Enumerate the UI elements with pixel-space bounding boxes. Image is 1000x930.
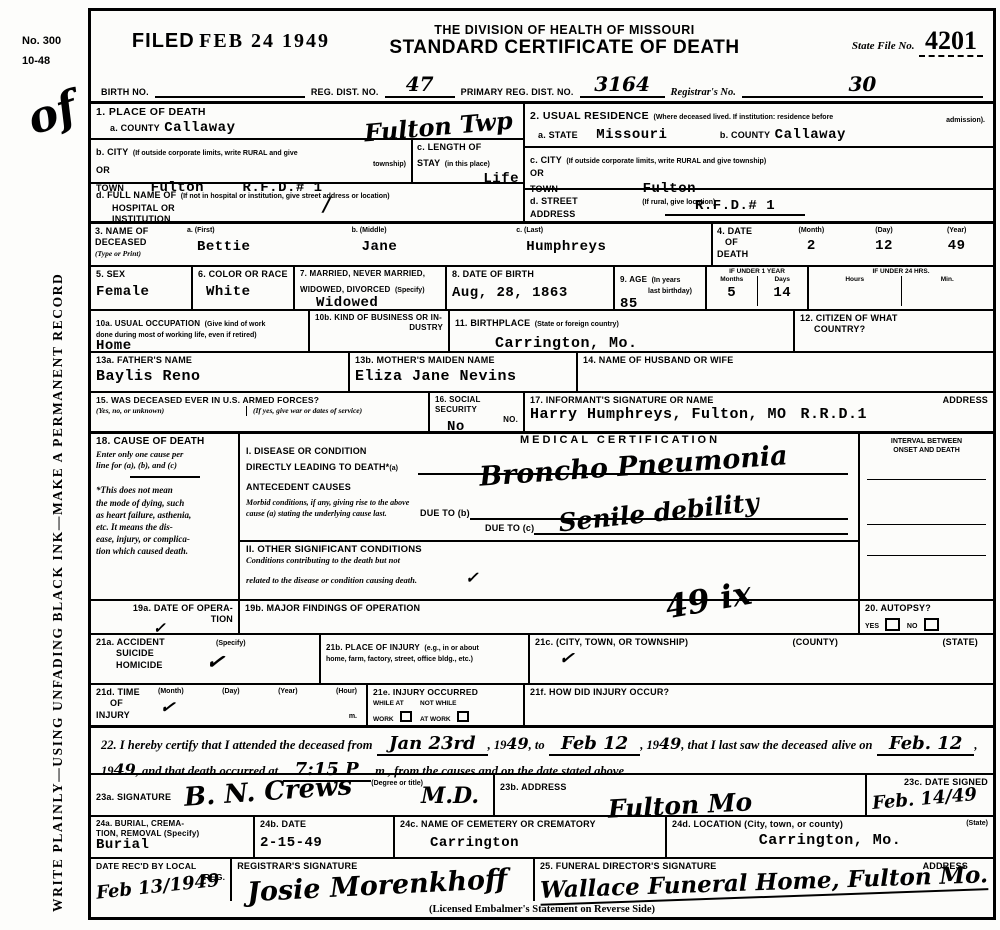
stats-row: 5. SEX Female 6. COLOR OR RACE White 7. … [91, 265, 993, 309]
place-of-injury-field: 21b. PLACE OF INJURY (e.g., in or about … [319, 635, 528, 683]
pod-city-label: b. CITY [96, 147, 128, 157]
physician-signature-field: 23a. SIGNATURE B. N. Crews (Degree or ti… [91, 775, 493, 815]
state-file-label: State File No. [852, 40, 915, 52]
autopsy-no-label: NO [907, 623, 918, 630]
res-street-field: d. STREET (If rural, give location) ADDR… [525, 190, 993, 221]
registrar-no-value: 30 [849, 72, 877, 96]
physician-signature-handwriting: B. N. Crews [183, 771, 353, 813]
time-of-injury-label3: INJURY [96, 710, 154, 721]
cod-label: 18. CAUSE OF DEATH [96, 436, 233, 449]
dod-day-value: 12 [850, 238, 919, 254]
res-street-value: R.F.D.# 1 [665, 198, 805, 216]
armed-row: 15. WAS DECEASED EVER IN U.S. ARMED FORC… [91, 391, 993, 431]
date-signed-field: 23c. DATE SIGNED Feb. 14/49 [865, 775, 993, 815]
autopsy-label: 20. AUTOPSY? [865, 603, 988, 614]
certification-statement: 22. I hereby certify that I attended the… [91, 725, 993, 773]
cod-footnote: *This does not mean the mode of dying, s… [96, 484, 233, 557]
age-label2: (In years [652, 277, 681, 284]
title-block: THE DIVISION OF HEALTH OF MISSOURI STAND… [371, 23, 758, 59]
dod-label3: DEATH [717, 249, 771, 260]
days-col: Days 14 [757, 276, 808, 306]
pod-hospital-label2: HOSPITAL OR [112, 203, 518, 214]
res-state-label: a. STATE [538, 130, 578, 140]
form-number-block: No. 300 10-48 [22, 32, 61, 72]
age-label3: last birthday) [648, 287, 700, 296]
signature-label: 23a. SIGNATURE [96, 792, 171, 802]
filed-stamp: FILED FEB 24 1949 [91, 30, 371, 53]
medical-certification-block: 18. CAUSE OF DEATH Enter only one cause … [91, 431, 993, 599]
accident-specify-note: (Specify) [216, 639, 246, 648]
pod-city-note: (If outside corporate limits, write RURA… [133, 150, 298, 157]
due-c-line: DUE TO (c) [240, 523, 858, 535]
informant-label: 17. INFORMANT'S SIGNATURE OR NAME [530, 395, 714, 406]
accident-field: 21a. ACCIDENT SUICIDE HOMICIDE (Specify)… [91, 635, 319, 683]
margin-vertical-instruction: WRITE PLAINLY—USING UNFADING BLACK INK—M… [50, 212, 66, 912]
disease-line: I. DISEASE OR CONDITION DIRECTLY LEADING… [240, 446, 858, 475]
autopsy-field: 20. AUTOPSY? YES NO [858, 601, 993, 633]
birth-no-label: BIRTH NO. [101, 87, 149, 98]
burial-location-label: 24d. LOCATION (City, town, or county) [672, 819, 843, 830]
citizen-label2: COUNTRY? [814, 324, 988, 335]
occupation-label: 10a. USUAL OCCUPATION [96, 319, 200, 328]
not-while-at-work-checkbox [457, 711, 469, 722]
certificate-form: FILED FEB 24 1949 THE DIVISION OF HEALTH… [88, 8, 996, 920]
res-county-label: b. COUNTY [720, 130, 770, 140]
injury-location-field: 21c. (CITY, TOWN, OR TOWNSHIP) (COUNTY) … [528, 635, 993, 683]
name-middle-label: b. (Middle) [352, 226, 513, 235]
under1-header: IF UNDER 1 YEAR [707, 267, 807, 276]
res-title: 2. USUAL RESIDENCE [530, 110, 649, 122]
how-injury-occurred-field: 21f. HOW DID INJURY OCCUR? [523, 685, 993, 725]
injury-day-label: (Day) [222, 687, 240, 696]
filed-word: FILED [132, 30, 195, 52]
due-c-label: DUE TO (c) [485, 523, 534, 534]
embalmer-footer: (Licensed Embalmer's Statement on Revers… [91, 901, 993, 917]
spouse-field: 14. NAME OF HUSBAND OR WIFE [576, 353, 993, 391]
injury-occurred-label: 21e. INJURY OCCURRED [373, 687, 518, 698]
dod-year-value: 49 [922, 238, 991, 254]
burial-location-field: 24d. LOCATION (City, town, or county) (S… [665, 817, 993, 857]
date-of-death-field: 4. DATE OF DEATH (Month) 2 (Day) 12 (Yea… [711, 224, 993, 265]
primary-reg-dist-label: PRIMARY REG. DIST. NO. [461, 87, 574, 98]
form-number: No. 300 [22, 32, 61, 52]
injury-city-label: 21c. (CITY, TOWN, OR TOWNSHIP) [535, 637, 688, 648]
pod-hospital-mark: / [323, 192, 330, 216]
days-value: 14 [758, 285, 808, 301]
cod-foot5: ease, injury, or complica- [96, 533, 233, 545]
race-label: 6. COLOR OR RACE [198, 269, 288, 280]
cod-instr2: line for (a), (b), and (c) [96, 460, 233, 471]
res-city-label: c. CITY [530, 155, 562, 165]
autopsy-yes-label: YES [865, 623, 879, 630]
autopsy-yes-checkbox [885, 618, 900, 631]
res-city-note: (If outside corporate limits, write RURA… [566, 158, 766, 165]
interval-line-b [867, 524, 985, 525]
cod-divider [130, 476, 200, 478]
place-of-death-section: 1. PLACE OF DEATH a. COUNTY Callaway Ful… [91, 104, 523, 221]
operation-date-label1: 19a. DATE OF OPERA- [96, 603, 233, 614]
burial-row: 24a. BURIAL, CREMA- TION, REMOVAL (Speci… [91, 815, 993, 857]
injury-year-label: (Year) [278, 687, 297, 696]
res-city-field: c. CITY (If outside corporate limits, wr… [525, 148, 993, 190]
degree-handwriting: M.D. [421, 783, 479, 809]
name-first-col: a. (First) Bettie [185, 224, 350, 265]
not-while-at-work-label2: AT WORK [420, 716, 451, 723]
pod-city-or: OR [96, 165, 110, 175]
under-one-year-group: IF UNDER 1 YEAR Months 5 Days 14 [705, 267, 807, 309]
cemetery-field: 24c. NAME OF CEMETERY OR CREMATORY Carri… [393, 817, 665, 857]
antecedent-note3: the underlying cause last. [302, 509, 386, 518]
name-middle-col: b. (Middle) Jane [350, 224, 515, 265]
business-label: 10b. KIND OF BUSINESS OR IN- [315, 313, 443, 323]
marital-note: (Specify) [395, 287, 425, 294]
name-label2: DECEASED [95, 237, 181, 248]
pod-hospital-note: (If not in hospital or institution, give… [181, 193, 390, 200]
name-last-value: Humphreys [526, 239, 709, 255]
injury-hour-label: (Hour) [336, 687, 357, 696]
pod-city-row: b. CITY (If outside corporate limits, wr… [91, 140, 523, 184]
cod-foot1: *This does not mean [96, 484, 233, 496]
cod-foot6: tion which caused death. [96, 545, 233, 557]
other-conditions-checkmark: ✓ [465, 568, 478, 587]
time-of-injury-label1: 21d. TIME [96, 687, 154, 698]
while-at-work-checkbox [400, 711, 412, 722]
father-label: 13a. FATHER'S NAME [96, 355, 343, 366]
injury-occurred-field: 21e. INJURY OCCURRED WHILE AT WORK NOT W… [366, 685, 523, 725]
injury-m-label: m. [349, 712, 357, 721]
injury-row-1: 21a. ACCIDENT SUICIDE HOMICIDE (Specify)… [91, 633, 993, 683]
name-first-label: a. (First) [187, 226, 348, 235]
reg-dist-value: 47 [406, 72, 434, 96]
months-col: Months 5 [707, 276, 757, 306]
accident-label3: HOMICIDE [116, 660, 186, 671]
father-field: 13a. FATHER'S NAME Baylis Reno [91, 353, 348, 391]
cod-foot4: etc. It means the dis- [96, 521, 233, 533]
not-while-at-work-label1: NOT WHILE [420, 700, 471, 708]
physician-address-field: 23b. ADDRESS Fulton Mo [493, 775, 865, 815]
state-file-number: 4201 [919, 26, 983, 57]
injury-month-label: (Month) [158, 687, 184, 696]
pod-stay-note: (in this place) [445, 161, 490, 168]
certify-alive-date-handwriting: Feb. 12 [877, 733, 974, 756]
margin-ink-scribble: of [21, 82, 83, 145]
state-file-block: State File No. 4201 [758, 26, 993, 56]
age-field: 9. AGE (In years last birthday) 85 [613, 267, 705, 309]
spouse-label: 14. NAME OF HUSBAND OR WIFE [583, 355, 988, 366]
signature-row: 23a. SIGNATURE B. N. Crews (Degree or ti… [91, 773, 993, 815]
name-label-block: 3. NAME OF DECEASED (Type or Print) [91, 224, 185, 265]
dob-value: Aug, 28, 1863 [452, 285, 608, 301]
res-street-label: d. STREET [530, 196, 578, 206]
citizen-field: 12. CITIZEN OF WHAT COUNTRY? [793, 311, 993, 351]
certify-text-3: , that I last saw the deceased [681, 738, 827, 752]
pod-county-label: a. COUNTY [110, 123, 160, 133]
address-label: 23b. ADDRESS [500, 782, 567, 792]
marital-label2: WIDOWED, DIVORCED [300, 285, 391, 294]
burial-value: Burial [96, 837, 248, 853]
name-last-col: c. (Last) Humphreys [514, 224, 711, 265]
certify-to-date-handwriting: Feb 12 [549, 733, 640, 756]
disease-label2: DIRECTLY LEADING TO DEATH* [246, 462, 389, 472]
time-of-injury-label2: OF [110, 698, 154, 709]
sex-field: 5. SEX Female [91, 267, 191, 309]
dod-month-value: 2 [777, 238, 846, 254]
interval-label1: INTERVAL BETWEEN [865, 437, 988, 446]
dod-month-label: (Month) [777, 226, 846, 235]
place-of-injury-note1: (e.g., in or about [424, 645, 478, 652]
certify-text-1: 22. I hereby certify that I attended the… [101, 738, 372, 752]
informant-field: 17. INFORMANT'S SIGNATURE OR NAME ADDRES… [523, 393, 993, 431]
pod-county-field: 1. PLACE OF DEATH a. COUNTY Callaway Ful… [91, 104, 523, 140]
registrar-signature-field: REGISTRAR'S SIGNATURE Josie Morenkhoff [230, 859, 533, 901]
birthplace-field: 11. BIRTHPLACE (State or foreign country… [448, 311, 793, 351]
sex-value: Female [96, 284, 186, 300]
other-conditions-field: II. OTHER SIGNIFICANT CONDITIONS Conditi… [240, 540, 858, 591]
cause-of-death-column: 18. CAUSE OF DEATH Enter only one cause … [91, 434, 238, 599]
degree-label: (Degree or title) [371, 779, 423, 788]
how-injury-occurred-label: 21f. HOW DID INJURY OCCUR? [530, 687, 988, 698]
accident-checkmark: ✓ [204, 648, 226, 676]
certify-text-4: alive on [832, 738, 873, 752]
informant-value: Harry Humphreys, Fulton, MO [530, 406, 787, 423]
burial-date-field: 24b. DATE 2-15-49 [253, 817, 393, 857]
certify-sep-2: , 19 [640, 738, 659, 752]
operation-row: 19a. DATE OF OPERA- TION ✓ 19b. MAJOR FI… [91, 599, 993, 633]
marital-label1: 7. MARRIED, NEVER MARRIED, [300, 269, 440, 279]
informant-address-label: ADDRESS [943, 395, 988, 406]
res-state-value: Missouri [596, 127, 667, 143]
marital-field: 7. MARRIED, NEVER MARRIED, WIDOWED, DIVO… [293, 267, 445, 309]
sex-label: 5. SEX [96, 269, 186, 280]
name-of-deceased-field: 3. NAME OF DECEASED (Type or Print) a. (… [91, 224, 711, 265]
dob-field: 8. DATE OF BIRTH Aug, 28, 1863 [445, 267, 613, 309]
injury-state-label: (STATE) [942, 637, 978, 648]
birthplace-note: (State or foreign country) [535, 321, 619, 328]
certify-to-year-handwriting: 49 [659, 734, 681, 753]
armed-forces-label: 15. WAS DECEASED EVER IN U.S. ARMED FORC… [96, 395, 423, 406]
burial-date-label: 24b. DATE [260, 819, 388, 830]
age-label1: 9. AGE [620, 275, 647, 284]
ssn-label: 16. SOCIAL SECURITY [435, 395, 518, 415]
name-label3: (Type or Print) [95, 249, 181, 259]
antecedent-note1: Morbid conditions, if any, giving [246, 498, 354, 507]
certify-text-2: , to [529, 738, 545, 752]
pod-city-note2: township) [373, 160, 406, 169]
operation-date-field: 19a. DATE OF OPERA- TION ✓ [91, 601, 238, 633]
burial-type-field: 24a. BURIAL, CREMA- TION, REMOVAL (Speci… [91, 817, 253, 857]
other-conditions-label: II. OTHER SIGNIFICANT CONDITIONS [246, 544, 852, 556]
business-field: 10b. KIND OF BUSINESS OR IN- DUSTRY [308, 311, 448, 351]
date-received-field: DATE REC'D BY LOCAL REG. Feb 13/1949 [91, 859, 230, 901]
usual-residence-section: 2. USUAL RESIDENCE (Where deceased lived… [523, 104, 993, 221]
min-col: Min. [901, 276, 994, 306]
birthplace-label: 11. BIRTHPLACE [455, 318, 530, 328]
certify-from-year-handwriting: 49 [506, 734, 528, 753]
dod-day-label: (Day) [850, 226, 919, 235]
due-b-line: Morbid conditions, if any, giving rise t… [240, 494, 858, 520]
header-row: FILED FEB 24 1949 THE DIVISION OF HEALTH… [91, 11, 993, 71]
burial-date-value: 2-15-49 [260, 835, 388, 851]
business-label2: DUSTRY [315, 323, 443, 333]
citizen-label1: 12. CITIZEN OF WHAT [800, 313, 988, 324]
injury-county-label: (COUNTY) [793, 637, 839, 648]
min-label: Min. [902, 276, 994, 284]
cemetery-label: 24c. NAME OF CEMETERY OR CREMATORY [400, 819, 660, 830]
res-title-note: (Where deceased lived. If institution: r… [653, 114, 833, 121]
form-revision: 10-48 [22, 52, 61, 72]
res-city-or: OR [530, 168, 988, 179]
disease-label1: I. DISEASE OR CONDITION [246, 446, 418, 457]
while-at-work-label2: WORK [373, 716, 394, 723]
armed-note2: (If yes, give war or dates of service) [246, 406, 423, 416]
date-received-label1: DATE REC'D BY LOCAL [96, 861, 225, 872]
burial-location-value: Carrington, Mo. [672, 832, 988, 849]
registrar-no-label: Registrar's No. [671, 87, 736, 98]
injury-row-2: 21d. TIME OF INJURY (Month) (Day) (Year)… [91, 683, 993, 725]
res-county-value: Callaway [775, 127, 846, 143]
due-b-label: DUE TO (b) [420, 508, 470, 519]
name-middle-value: Jane [362, 239, 513, 255]
certify-sep-1: , 19 [488, 738, 507, 752]
name-last-label: c. (Last) [516, 226, 709, 235]
other-conditions-note2: related to the disease or condition caus… [246, 575, 417, 585]
operation-findings-label: 19b. MAJOR FINDINGS OF OPERATION [245, 603, 853, 614]
pod-county-value: Callaway [164, 120, 235, 136]
registrar-row: DATE REC'D BY LOCAL REG. Feb 13/1949 REG… [91, 857, 993, 901]
race-field: 6. COLOR OR RACE White [191, 267, 293, 309]
place-of-injury-note2: home, farm, factory, street, office bldg… [326, 655, 523, 664]
mother-value: Eliza Jane Nevins [355, 368, 571, 385]
months-value: 5 [707, 285, 757, 301]
dod-day-col: (Day) 12 [848, 224, 921, 265]
while-at-work-label1: WHILE AT [373, 700, 414, 708]
occupation-row: 10a. USUAL OCCUPATION (Give kind of work… [91, 309, 993, 351]
dod-year-col: (Year) 49 [920, 224, 993, 265]
certificate-title: STANDARD CERTIFICATE OF DEATH [371, 37, 758, 59]
interval-label2: ONSET AND DEATH [865, 446, 988, 455]
under24-header: IF UNDER 24 HRS. [809, 267, 993, 276]
birthplace-value: Carrington, Mo. [495, 335, 788, 352]
dod-label1: 4. DATE [717, 226, 771, 237]
place-residence-row: 1. PLACE OF DEATH a. COUNTY Callaway Ful… [91, 101, 993, 221]
dod-year-label: (Year) [922, 226, 991, 235]
months-label: Months [707, 276, 757, 284]
embalmer-statement: (Licensed Embalmer's Statement on Revers… [429, 904, 655, 915]
res-state-county-field: 2. USUAL RESIDENCE (Where deceased lived… [525, 104, 993, 148]
burial-label1: 24a. BURIAL, CREMA- [96, 819, 248, 829]
parents-row: 13a. FATHER'S NAME Baylis Reno 13b. MOTH… [91, 351, 993, 391]
days-label: Days [758, 276, 808, 284]
name-label1: 3. NAME OF [95, 226, 181, 237]
name-row: 3. NAME OF DECEASED (Type or Print) a. (… [91, 221, 993, 265]
operation-findings-field: 19b. MAJOR FINDINGS OF OPERATION 49 ix [238, 601, 858, 633]
pod-stay-label1: c. LENGTH OF [417, 142, 519, 153]
registration-row: BIRTH NO. REG. DIST. NO. 47 PRIMARY REG.… [91, 71, 993, 101]
pod-city-field: b. CITY (If outside corporate limits, wr… [91, 140, 411, 182]
interval-line-c [867, 555, 985, 556]
death-certificate-scan: No. 300 10-48 of WRITE PLAINLY—USING UNF… [0, 0, 1000, 930]
autopsy-no-checkbox [924, 618, 939, 631]
dod-label-block: 4. DATE OF DEATH [713, 224, 775, 265]
funeral-director-field: 25. FUNERAL DIRECTOR'S SIGNATURE ADDRESS… [533, 859, 993, 901]
interval-line-a [867, 479, 985, 480]
place-of-injury-label: 21b. PLACE OF INJURY [326, 643, 420, 652]
mother-field: 13b. MOTHER'S MAIDEN NAME Eliza Jane Nev… [348, 353, 576, 391]
interval-column: INTERVAL BETWEEN ONSET AND DEATH [858, 434, 993, 599]
accident-label1: 21a. ACCIDENT [96, 637, 186, 648]
dod-month-col: (Month) 2 [775, 224, 848, 265]
armed-note1: (Yes, no, or unknown) [96, 406, 246, 416]
ssn-field: 16. SOCIAL SECURITY NO. No [428, 393, 523, 431]
race-value: White [206, 284, 288, 300]
cod-foot2: the mode of dying, such [96, 497, 233, 509]
birth-no-blank [155, 96, 305, 98]
cod-foot3: as heart failure, asthenia, [96, 509, 233, 521]
filed-date: FEB 24 1949 [199, 30, 330, 52]
armed-forces-field: 15. WAS DECEASED EVER IN U.S. ARMED FORC… [91, 393, 428, 431]
time-of-injury-field: 21d. TIME OF INJURY (Month) (Day) (Year)… [91, 685, 366, 725]
injury-location-checkmark: ✓ [558, 648, 575, 670]
burial-location-state-label: (State) [966, 819, 988, 830]
other-conditions-note1: Conditions contributing to the death but… [246, 555, 852, 566]
accident-label2: SUICIDE [116, 648, 186, 659]
pod-stay-label2: STAY [417, 158, 440, 168]
primary-reg-dist-value: 3164 [594, 72, 650, 96]
reg-dist-label: REG. DIST. NO. [311, 87, 379, 98]
pod-hospital-label: d. FULL NAME OF [96, 190, 176, 200]
hours-label: Hours [809, 276, 901, 284]
dob-label: 8. DATE OF BIRTH [452, 269, 608, 280]
name-first-value: Bettie [197, 239, 348, 255]
occupation-note: (Give kind of work [205, 321, 266, 328]
dod-label2: OF [725, 237, 771, 248]
medical-cert-center: MEDICAL CERTIFICATION I. DISEASE OR COND… [238, 434, 858, 599]
occupation-field: 10a. USUAL OCCUPATION (Give kind of work… [91, 311, 308, 351]
under-24-group: IF UNDER 24 HRS. Hours Min. [807, 267, 993, 309]
informant-address-value: R.R.D.1 [801, 406, 868, 423]
cod-instr1: Enter only one cause per [96, 449, 233, 460]
division-title: THE DIVISION OF HEALTH OF MISSOURI [371, 23, 758, 37]
certify-from-date-handwriting: Jan 23rd [377, 733, 488, 756]
cemetery-value: Carrington [430, 835, 660, 851]
mother-label: 13b. MOTHER'S MAIDEN NAME [355, 355, 571, 366]
father-value: Baylis Reno [96, 368, 343, 385]
res-title-note2: admission). [946, 116, 985, 125]
pod-stay-field: c. LENGTH OF STAY (in this place) Life [411, 140, 523, 182]
hours-col: Hours [809, 276, 901, 306]
time-of-injury-checkmark: ✓ [159, 696, 177, 719]
disease-a-label: (a) [389, 465, 398, 472]
